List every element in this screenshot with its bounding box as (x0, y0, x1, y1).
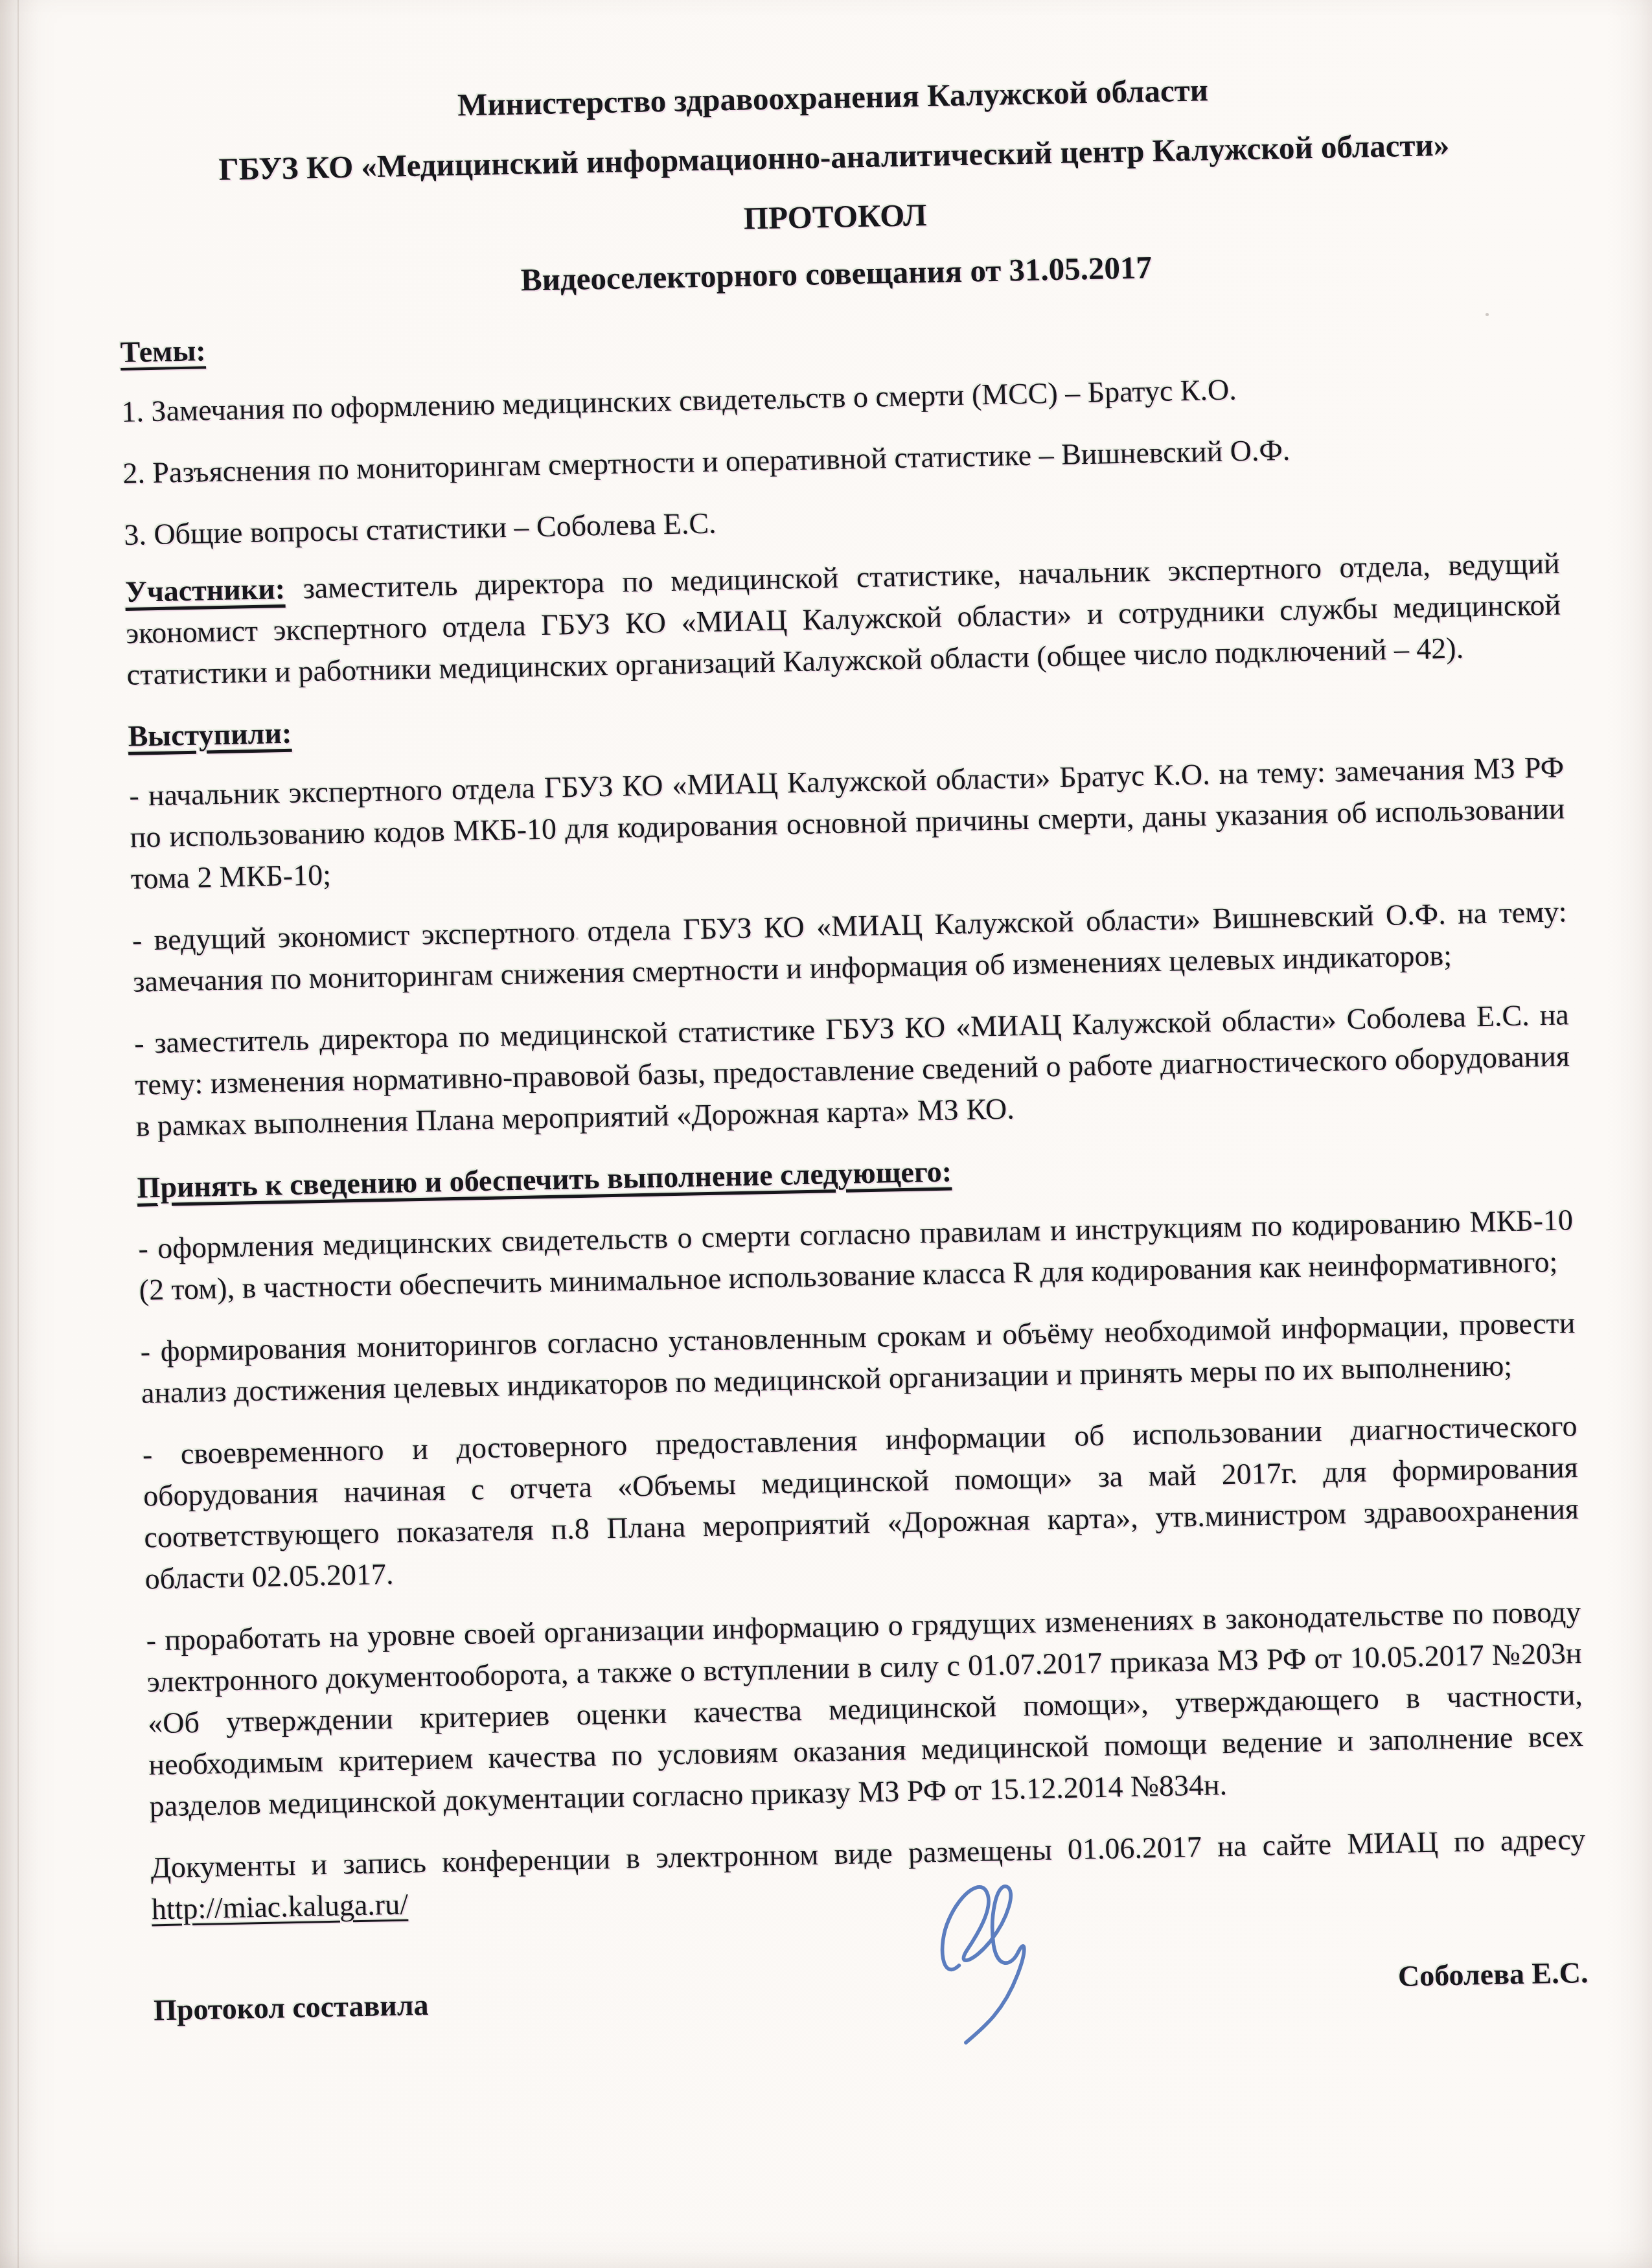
doc-subtitle: Видеоселекторного совещания от 31.05.201… (119, 238, 1554, 310)
speeches-heading: Выступили: (128, 687, 1563, 757)
resolution-item-4: - проработать на уровне своей организаци… (146, 1591, 1585, 1827)
author-name: Соболева Е.С. (1397, 1952, 1589, 1997)
document-sheet: Министерство здравоохранения Калужской о… (0, 0, 1652, 2024)
theme-item-1: 1. Замечания по оформлению медицинских с… (121, 363, 1557, 433)
participants-text: заместитель директора по медицинской ста… (126, 546, 1561, 691)
scanned-document-page: Министерство здравоохранения Калужской о… (0, 0, 1652, 2268)
resolution-item-2: - формирования мониторингов согласно уст… (140, 1302, 1576, 1414)
closing-text: Документы и запись конференции в электро… (150, 1822, 1586, 1884)
participants-heading: Участники: (125, 572, 286, 608)
speech-item-1: - начальник экспертного отдела ГБУЗ КО «… (129, 746, 1566, 899)
resolution-item-3: - своевременного и достоверного предоста… (142, 1405, 1580, 1599)
closing-paragraph: Документы и запись конференции в электро… (150, 1818, 1587, 1930)
header-organization: ГБУЗ КО «Медицинский информационно-анали… (116, 122, 1552, 193)
theme-item-3: 3. Общие вопросы статистики – Соболева Е… (124, 485, 1559, 555)
miac-site-link[interactable]: http://miac.kaluga.ru/ (151, 1888, 408, 1926)
theme-item-2: 2. Разъяснения по мониторингам смертност… (122, 424, 1558, 494)
themes-heading: Темы: (120, 303, 1555, 373)
protocol-author-label: Протокол составила (153, 1984, 429, 2032)
resolution-item-1: - оформления медицинских свидетельств о … (138, 1199, 1574, 1311)
speech-item-2: - ведущий экономист экспертного отдела Г… (132, 891, 1568, 1002)
signoff-row: Протокол составила Соболева Е.С. (153, 1952, 1589, 2022)
speech-item-3: - заместитель директора по медицинской с… (133, 994, 1570, 1147)
header-ministry: Министерство здравоохранения Калужской о… (115, 62, 1551, 133)
resolutions-heading: Принять к сведению и обеспечить выполнен… (137, 1138, 1572, 1208)
participants-paragraph: Участники: заместитель директора по меди… (124, 542, 1561, 695)
